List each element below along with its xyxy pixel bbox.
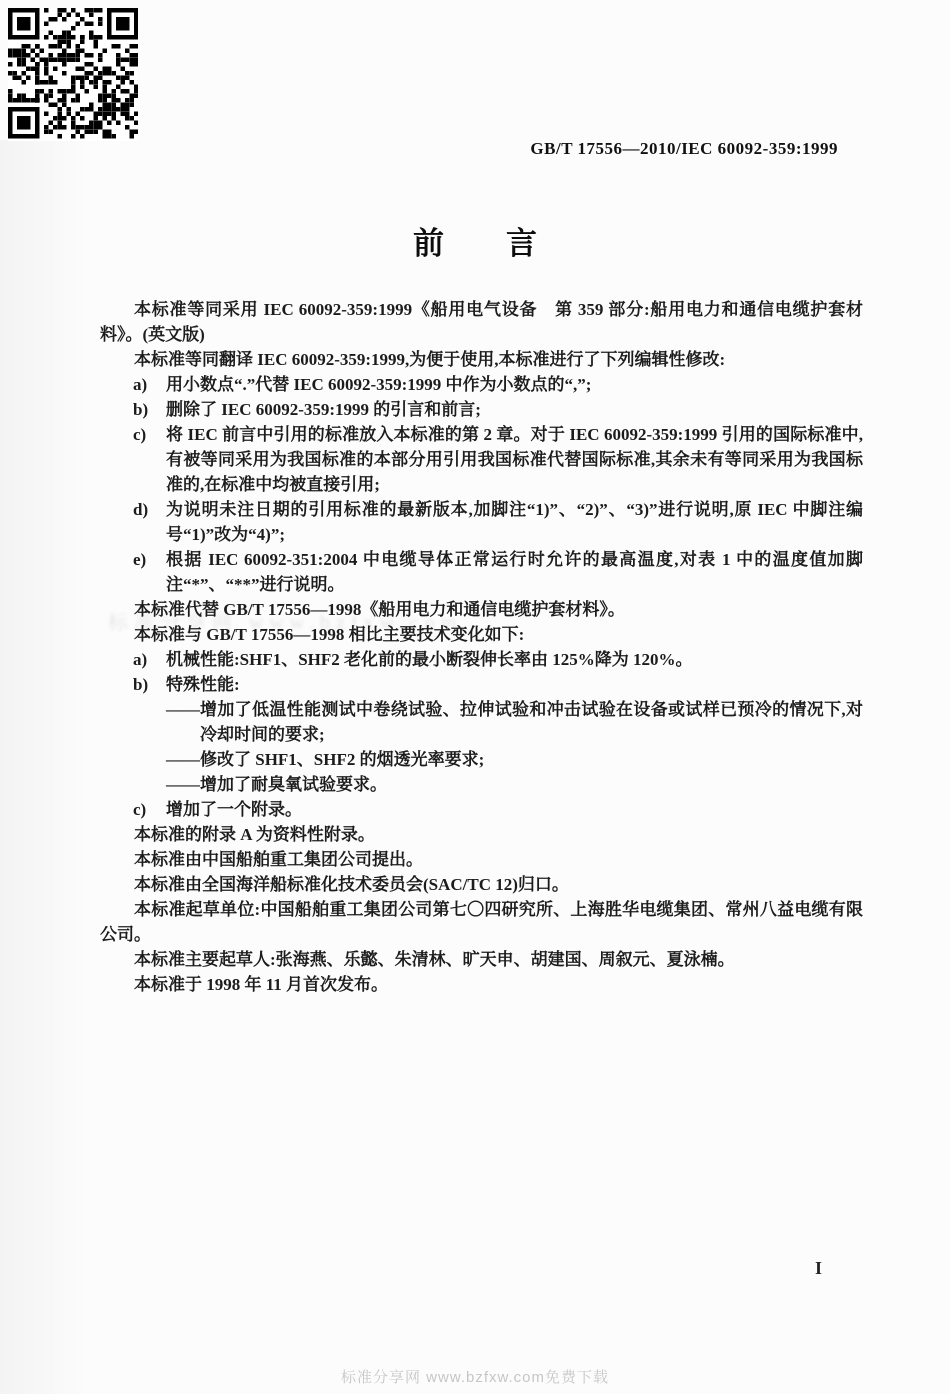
paragraph: 本标准由全国海洋船标准化技术委员会(SAC/TC 12)归口。 — [100, 872, 863, 897]
dash-item-text: 增加了低温性能测试中卷绕试验、拉伸试验和冲击试验在设备或试样已预冷的情况下,对冷… — [200, 697, 863, 747]
qr-code-icon — [8, 8, 138, 141]
list-item: b) 特殊性能: — [100, 672, 863, 697]
list-item: a) 用小数点“.”代替 IEC 60092-359:1999 中作为小数点的“… — [100, 372, 863, 397]
list-item-label: a) — [133, 647, 166, 672]
list-item-text: 根据 IEC 60092-351:2004 中电缆导体正常运行时允许的最高温度,… — [166, 547, 863, 597]
paragraph: 本标准主要起草人:张海燕、乐懿、朱清林、旷天申、胡建国、周叙元、夏泳楠。 — [100, 947, 863, 972]
paragraph: 本标准与 GB/T 17556—1998 相比主要技术变化如下: — [100, 622, 863, 647]
list-item-label: e) — [133, 547, 166, 597]
dash-item-label: —— — [166, 772, 200, 797]
paragraph: 本标准代替 GB/T 17556—1998《船用电力和通信电缆护套材料》。 — [100, 597, 863, 622]
dash-item: —— 增加了耐臭氧试验要求。 — [100, 772, 863, 797]
dash-item: —— 修改了 SHF1、SHF2 的烟透光率要求; — [100, 747, 863, 772]
list-item-label: b) — [133, 397, 166, 422]
list-item: c) 增加了一个附录。 — [100, 797, 863, 822]
standard-code: GB/T 17556—2010/IEC 60092-359:1999 — [530, 139, 838, 159]
list-item-text: 用小数点“.”代替 IEC 60092-359:1999 中作为小数点的“,”; — [166, 372, 863, 397]
list-item-label: a) — [133, 372, 166, 397]
paragraph: 本标准由中国船舶重工集团公司提出。 — [100, 847, 863, 872]
document-body: 本标准等同采用 IEC 60092-359:1999《船用电气设备 第 359 … — [100, 297, 863, 997]
list-item-label: d) — [133, 497, 166, 547]
paragraph: 本标准起草单位:中国船舶重工集团公司第七〇四研究所、上海胜华电缆集团、常州八益电… — [100, 897, 863, 947]
paragraph: 本标准等同翻译 IEC 60092-359:1999,为便于使用,本标准进行了下… — [100, 347, 863, 372]
dash-item-text: 增加了耐臭氧试验要求。 — [200, 772, 863, 797]
dash-item-label: —— — [166, 747, 200, 772]
list-item-label: b) — [133, 672, 166, 697]
dash-item: —— 增加了低温性能测试中卷绕试验、拉伸试验和冲击试验在设备或试样已预冷的情况下… — [100, 697, 863, 747]
list-item: e) 根据 IEC 60092-351:2004 中电缆导体正常运行时允许的最高… — [100, 547, 863, 597]
dash-item-label: —— — [166, 697, 200, 747]
footer-watermark: 标准分享网 www.bzfxw.com免费下载 — [0, 1366, 950, 1387]
list-item: a) 机械性能:SHF1、SHF2 老化前的最小断裂伸长率由 125%降为 12… — [100, 647, 863, 672]
list-item: c) 将 IEC 前言中引用的标准放入本标准的第 2 章。对于 IEC 6009… — [100, 422, 863, 497]
list-item: d) 为说明未注日期的引用标准的最新版本,加脚注“1)”、“2)”、“3)”进行… — [100, 497, 863, 547]
page-title: 前 言 — [0, 218, 950, 263]
dash-item-text: 修改了 SHF1、SHF2 的烟透光率要求; — [200, 747, 863, 772]
list-item-text: 特殊性能: — [166, 672, 863, 697]
list-item-text: 将 IEC 前言中引用的标准放入本标准的第 2 章。对于 IEC 60092-3… — [166, 422, 863, 497]
list-item: b) 删除了 IEC 60092-359:1999 的引言和前言; — [100, 397, 863, 422]
list-item-text: 增加了一个附录。 — [166, 797, 863, 822]
paragraph: 本标准于 1998 年 11 月首次发布。 — [100, 972, 863, 997]
list-item-label: c) — [133, 422, 166, 497]
list-item-label: c) — [133, 797, 166, 822]
list-item-text: 为说明未注日期的引用标准的最新版本,加脚注“1)”、“2)”、“3)”进行说明,… — [166, 497, 863, 547]
list-item-text: 删除了 IEC 60092-359:1999 的引言和前言; — [166, 397, 863, 422]
paragraph: 本标准的附录 A 为资料性附录。 — [100, 822, 863, 847]
document-page: GB/T 17556—2010/IEC 60092-359:1999 前 言 标… — [0, 0, 950, 1394]
paragraph: 本标准等同采用 IEC 60092-359:1999《船用电气设备 第 359 … — [100, 297, 863, 347]
page-number: I — [815, 1258, 822, 1279]
list-item-text: 机械性能:SHF1、SHF2 老化前的最小断裂伸长率由 125%降为 120%。 — [166, 647, 863, 672]
